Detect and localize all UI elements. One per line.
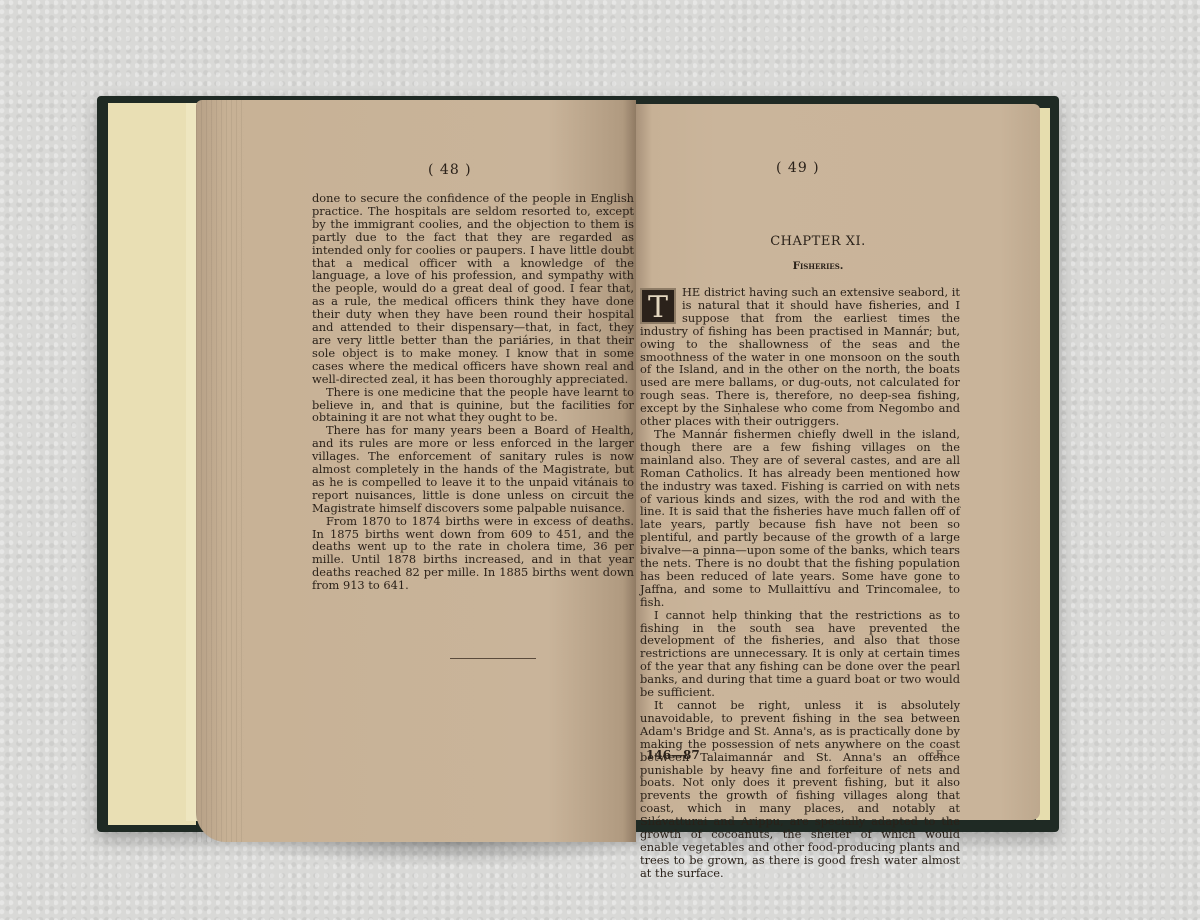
right-page: ( 49 ) CHAPTER XI. Fisheries. THE distri… <box>636 104 1040 820</box>
end-rule <box>450 658 536 659</box>
drop-cap: T <box>640 288 676 324</box>
page-number-right: ( 49 ) <box>776 160 820 176</box>
signature-mark: 146—87 <box>646 748 700 762</box>
right-page-body: THE district having such an extensive se… <box>640 286 960 880</box>
left-endpaper <box>108 103 196 825</box>
signature-letter: E <box>936 750 943 761</box>
paragraph: The Mannár fishermen chiefly dwell in th… <box>640 428 960 609</box>
paragraph: From 1870 to 1874 births were in excess … <box>312 515 634 592</box>
paragraph: THE district having such an extensive se… <box>640 286 960 428</box>
chapter-title: CHAPTER XI. <box>616 234 1020 249</box>
left-page: ( 48 ) done to secure the confidence of … <box>196 100 636 842</box>
paragraph: I cannot help thinking that the restrict… <box>640 609 960 699</box>
paragraph: There has for many years been a Board of… <box>312 424 634 514</box>
paragraph: There is one medicine that the people ha… <box>312 386 634 425</box>
paragraph: done to secure the confidence of the peo… <box>312 192 634 386</box>
left-page-body: done to secure the confidence of the peo… <box>312 192 634 592</box>
paragraph: It cannot be right, unless it is absolut… <box>640 699 960 880</box>
chapter-subtitle: Fisheries. <box>616 260 1020 272</box>
page-shadow <box>240 842 660 866</box>
page-number-left: ( 48 ) <box>428 162 472 178</box>
